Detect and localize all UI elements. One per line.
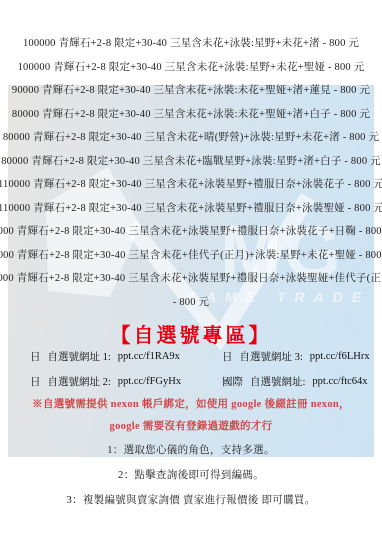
links-row-1: 日 自選號網址 1: ppt.cc/f1RA9x 日 自選號網址 3: ppt.… bbox=[0, 348, 382, 364]
server-label: 日 bbox=[30, 349, 41, 364]
listings: 100000 青輝石+2-8 限定+30-40 三星含未花+泳裝:星野+未花+渚… bbox=[0, 31, 382, 313]
step-1: 1：選取您心儀的角色，支持多選。 bbox=[0, 442, 382, 457]
link-url[interactable]: ppt.cc/ftc64x bbox=[312, 376, 367, 387]
listing-line: 80000 青輝石+2-8 限定+30-40 三星含未花+臨戰星野+泳裝:星野+… bbox=[0, 149, 382, 173]
step-2: 2：點擊查詢後即可得到編碼。 bbox=[0, 467, 382, 482]
link-label: 自選號網址 1: bbox=[48, 349, 111, 364]
server-label: 日 bbox=[222, 349, 233, 364]
link-jp-3: 日 自選號網址 3: ppt.cc/f6LHrx bbox=[192, 349, 382, 364]
listing-line: - 800 元 bbox=[0, 290, 382, 314]
listing-line: 90000 青輝石+2-8 限定+30-40 三星含未花+泳裝:未花+聖娅+渚+… bbox=[0, 78, 382, 102]
note-google-requirement: google 需要沒有登錄過遊戲的才行 bbox=[0, 418, 382, 433]
link-url[interactable]: ppt.cc/f1RA9x bbox=[118, 351, 180, 362]
listing-line: 110000 青輝石+2-8 限定+30-40 三星含未花+泳裝星野+禮服日奈+… bbox=[0, 196, 382, 220]
section-title: 【自選號專區】 bbox=[0, 319, 382, 348]
link-jp-2: 日 自選號網址 2: ppt.cc/fFGyHx bbox=[0, 374, 192, 389]
listing-line: 80000 青輝石+2-8 限定+30-40 三星含未花+泳裝星野+禮服日奈+泳… bbox=[0, 219, 382, 243]
server-label: 日 bbox=[30, 374, 41, 389]
server-label: 國際 bbox=[222, 374, 243, 389]
link-global: 國際 自選號網址: ppt.cc/ftc64x bbox=[192, 374, 382, 389]
links-row-2: 日 自選號網址 2: ppt.cc/fFGyHx 國際 自選號網址: ppt.c… bbox=[0, 373, 382, 389]
note-nexon-binding: ※自選號需提供 nexon 帳戶綁定，如使用 google 後綴註冊 nexon… bbox=[0, 396, 382, 411]
link-label: 自選號網址 2: bbox=[48, 374, 111, 389]
listing-line: 80000 青輝石+2-8 限定+30-40 三星含未花+泳裝星野+禮服日奈+泳… bbox=[0, 266, 382, 290]
link-label: 自選號網址: bbox=[250, 374, 305, 389]
link-url[interactable]: ppt.cc/fFGyHx bbox=[118, 376, 181, 387]
step-3: 3：複製編號與賣家詢價 賣家進行報價後 即可購買。 bbox=[0, 492, 382, 507]
listing-line: 80000 青輝石+2-8 限定+30-40 三星含未花+泳裝:未花+聖娅+渚+… bbox=[0, 102, 382, 126]
listing-line: 100000 青輝石+2-8 限定+30-40 三星含未花+泳裝:星野+未花+渚… bbox=[0, 31, 382, 55]
page: MG GAME TRADE 100000 青輝石+2-8 限定+30-40 三星… bbox=[0, 0, 382, 540]
link-url[interactable]: ppt.cc/f6LHrx bbox=[310, 351, 370, 362]
link-jp-1: 日 自選號網址 1: ppt.cc/f1RA9x bbox=[0, 349, 192, 364]
listing-line: 80000 青輝石+2-8 限定+30-40 三星含未花+晴(野營)+泳裝:星野… bbox=[0, 125, 382, 149]
listing-line: 80000 青輝石+2-8 限定+30-40 三星含未花+佳代子(正月)+泳裝:… bbox=[0, 243, 382, 267]
listing-line: 110000 青輝石+2-8 限定+30-40 三星含未花+泳裝星野+禮服日奈+… bbox=[0, 172, 382, 196]
listing-line: 100000 青輝石+2-8 限定+30-40 三星含未花+泳裝:星野+未花+聖… bbox=[0, 55, 382, 79]
link-label: 自選號網址 3: bbox=[240, 349, 303, 364]
